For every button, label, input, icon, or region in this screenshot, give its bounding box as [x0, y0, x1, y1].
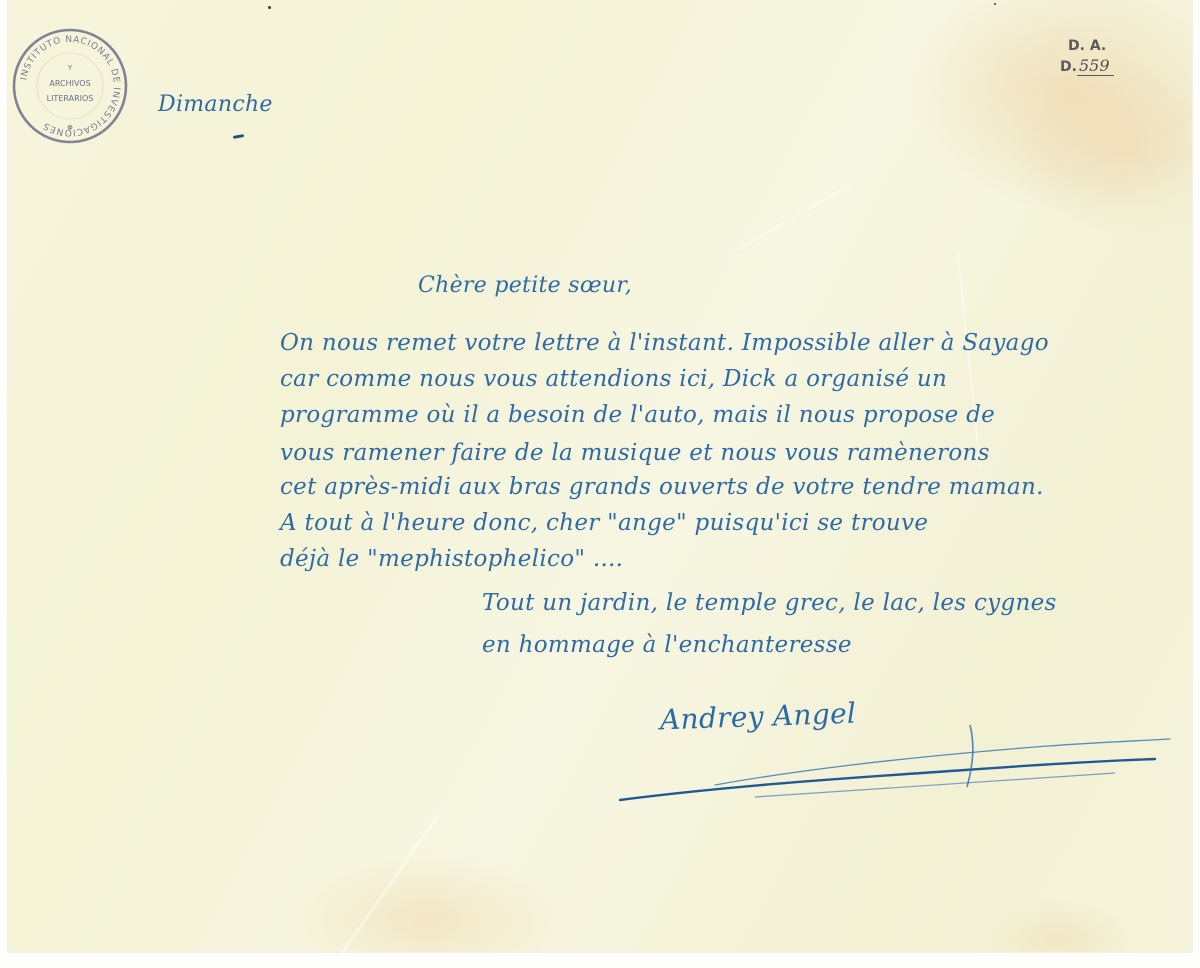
letter-dateline: Dimanche: [158, 92, 273, 117]
paper-crease: [957, 250, 982, 469]
svg-text:❁: ❁: [67, 124, 73, 132]
letter-closing-line: en hommage à l'enchanteresse: [482, 632, 852, 658]
letter-body-line: car comme nous vous attendions ici, Dick…: [280, 366, 947, 392]
signature-flourish-icon: [615, 725, 1175, 815]
archive-reference: D. A. D.559: [1060, 36, 1114, 77]
letter-body-line: cet après-midi aux bras grands ouverts d…: [280, 474, 1044, 500]
paper-crease: [340, 815, 440, 956]
svg-text:LITERARIOS: LITERARIOS: [47, 94, 94, 103]
letter-closing-line: Tout un jardin, le temple grec, le lac, …: [482, 590, 1057, 616]
ink-speck: [994, 3, 996, 5]
letter-body-line: On nous remet votre lettre à l'instant. …: [280, 330, 1049, 356]
paper-crease: [728, 184, 850, 256]
letter-body-line: déjà le "mephistophelico" ....: [280, 546, 623, 572]
archive-ref-prefix: D.: [1060, 59, 1077, 75]
svg-text:Y: Y: [67, 64, 73, 72]
letter-body-line: programme où il a besoin de l'auto, mais…: [280, 402, 995, 428]
stamp-seal-icon: INSTITUTO NACIONAL DE INVESTIGACIONES Y …: [10, 26, 130, 146]
ink-speck: [268, 6, 271, 9]
archive-ref-number: 559: [1077, 56, 1114, 76]
archive-ref-label: D. A.: [1060, 36, 1114, 56]
svg-text:ARCHIVOS: ARCHIVOS: [49, 79, 90, 88]
letter-body-line: vous ramener faire de la musique et nous…: [280, 440, 990, 466]
letter-body-line: A tout à l'heure donc, cher "ange" puisq…: [280, 510, 928, 536]
archive-ref-number-line: D.559: [1060, 56, 1114, 77]
letter-greeting: Chère petite sœur,: [418, 273, 632, 298]
institute-stamp: INSTITUTO NACIONAL DE INVESTIGACIONES Y …: [10, 26, 130, 146]
